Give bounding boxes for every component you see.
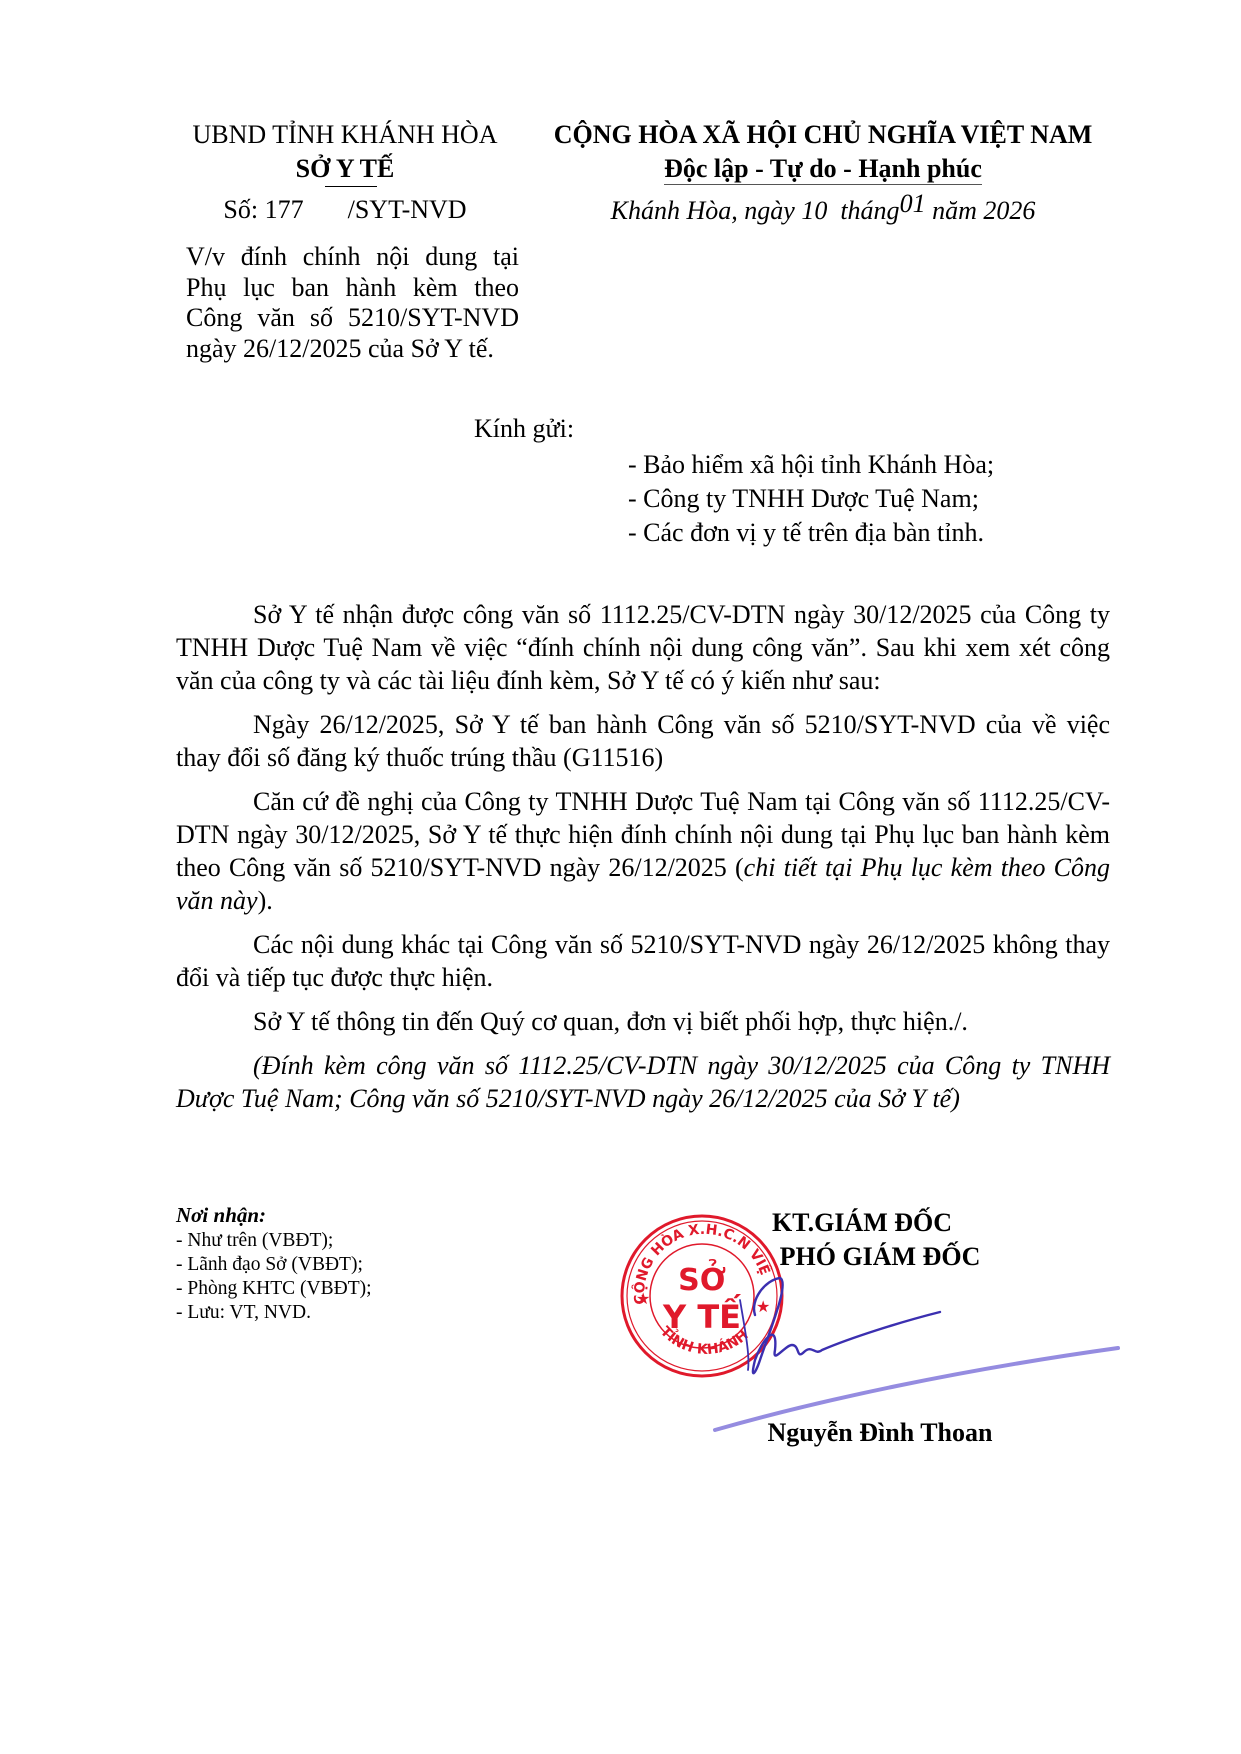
doc-number-value: 177 (265, 195, 304, 224)
addressee-item: - Công ty TNHH Dược Tuệ Nam; (628, 482, 994, 516)
signer-title: KT.GIÁM ĐỐC PHÓ GIÁM ĐỐC (700, 1206, 1060, 1274)
distribution-item: - Phòng KHTC (VBĐT); (176, 1277, 372, 1301)
date-month: 01 (900, 189, 926, 218)
date-day: 10 (801, 196, 827, 225)
department-name: SỞ Y TẾ (170, 152, 520, 186)
paragraph-text: ). (258, 886, 273, 915)
document-date: Khánh Hòa, ngày 10 tháng01 năm 2026 (535, 196, 1111, 226)
body-paragraph: Sở Y tế thông tin đến Quý cơ quan, đơn v… (176, 1005, 1110, 1038)
addressee-item: - Bảo hiểm xã hội tỉnh Khánh Hòa; (628, 448, 994, 482)
signer-name: Nguyễn Đình Thoan (700, 1418, 1060, 1448)
distribution-list: Nơi nhận: - Như trên (VBĐT); - Lãnh đạo … (176, 1203, 372, 1325)
distribution-item: - Như trên (VBĐT); (176, 1229, 372, 1253)
signer-title-line1: KT.GIÁM ĐỐC (682, 1206, 1042, 1240)
document-body: Sở Y tế nhận được công văn số 1112.25/CV… (176, 598, 1110, 1126)
svg-text:★: ★ (756, 1297, 770, 1316)
date-year: năm 2026 (932, 196, 1035, 225)
addressees-list: - Bảo hiểm xã hội tỉnh Khánh Hòa; - Công… (628, 448, 994, 550)
date-place: Khánh Hòa, ngày (611, 196, 795, 225)
document-number: Số: 177/SYT-NVD (170, 193, 520, 227)
addressee-item: - Các đơn vị y tế trên địa bàn tỉnh. (628, 516, 994, 550)
organization-name: UBND TỈNH KHÁNH HÒA (170, 118, 520, 152)
svg-text:★: ★ (636, 1289, 650, 1308)
handwritten-signature-icon (700, 1260, 1120, 1440)
date-month-label: tháng (840, 196, 899, 225)
distribution-item: - Lãnh đạo Sở (VBĐT); (176, 1253, 372, 1277)
body-paragraph: Căn cứ đề nghị của Công ty TNHH Dược Tuệ… (176, 785, 1110, 917)
doc-number-prefix: Số: (223, 195, 258, 224)
svg-text:Y TẾ: Y TẾ (662, 1294, 741, 1336)
doc-number-suffix: /SYT-NVD (348, 195, 467, 224)
addressees-label: Kính gửi: (474, 414, 574, 444)
distribution-title: Nơi nhận: (176, 1203, 372, 1227)
national-motto: Độc lập - Tự do - Hạnh phúc (664, 154, 982, 185)
body-paragraph: Các nội dung khác tại Công văn số 5210/S… (176, 928, 1110, 994)
issuing-authority-block: UBND TỈNH KHÁNH HÒA SỞ Y TẾ Số: 177/SYT-… (170, 118, 520, 227)
body-paragraph: Ngày 26/12/2025, Sở Y tế ban hành Công v… (176, 708, 1110, 774)
national-heading-block: CỘNG HÒA XÃ HỘI CHỦ NGHĨA VIỆT NAM Độc l… (535, 118, 1111, 186)
nation-name: CỘNG HÒA XÃ HỘI CHỦ NGHĨA VIỆT NAM (535, 118, 1111, 152)
signer-title-line2: PHÓ GIÁM ĐỐC (700, 1240, 1060, 1274)
attachment-note: (Đính kèm công văn số 1112.25/CV-DTN ngà… (176, 1049, 1110, 1115)
document-subject: V/v đính chính nội dung tại Phụ lục ban … (186, 242, 519, 364)
distribution-item: - Lưu: VT, NVD. (176, 1301, 372, 1325)
department-underline (325, 186, 377, 187)
body-paragraph: Sở Y tế nhận được công văn số 1112.25/CV… (176, 598, 1110, 697)
